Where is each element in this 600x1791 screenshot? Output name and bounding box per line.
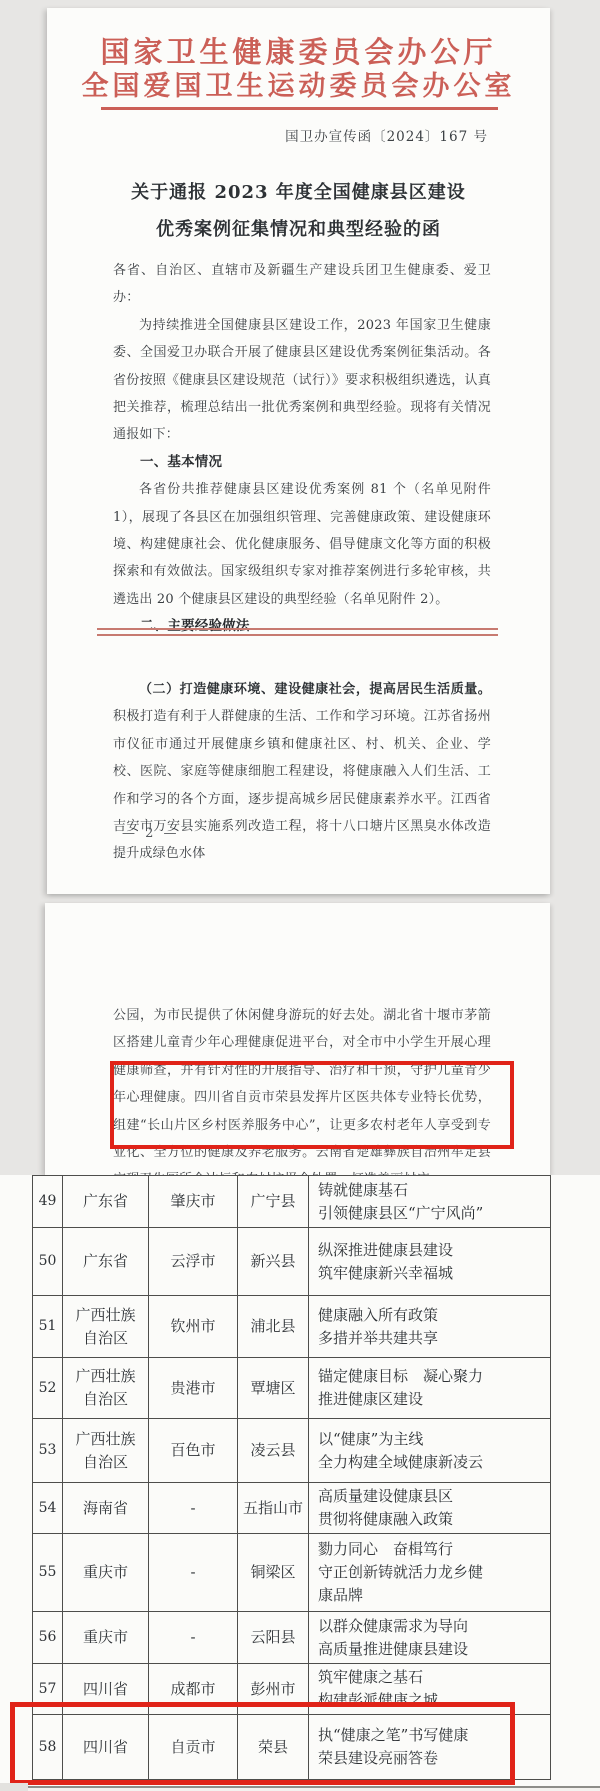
- cell-province: 广东省: [63, 1228, 149, 1296]
- cell-description: 勠力同心 奋楫笃行 守正创新铸就活力龙乡健 康品牌: [309, 1534, 551, 1612]
- cell-county: 五指山市: [238, 1483, 309, 1534]
- cell-county: 新兴县: [238, 1228, 309, 1296]
- page-number: — 2 —: [122, 826, 180, 841]
- table-row: 51 广西壮族 自治区 钦州市 浦北县 健康融入所有政策 多措并举共建共享: [33, 1296, 551, 1358]
- cell-number: 53: [33, 1419, 63, 1483]
- table-row: 55 重庆市 - 铜梁区 勠力同心 奋楫笃行 守正创新铸就活力龙乡健 康品牌: [33, 1534, 551, 1612]
- cell-number: 52: [33, 1358, 63, 1419]
- document-screenshot: 国家卫生健康委员会办公厅 全国爱国卫生运动委员会办公室 国卫办宣传函〔2024〕…: [0, 0, 600, 1791]
- cell-county: 浦北县: [238, 1296, 309, 1358]
- cell-number: 49: [33, 1176, 63, 1228]
- page-corner-shadow: [0, 1783, 28, 1791]
- table-row: 50 广东省 云浮市 新兴县 纵深推进健康县建设 筑牢健康新兴幸福城: [33, 1228, 551, 1296]
- cell-number: 56: [33, 1612, 63, 1664]
- cell-description: 纵深推进健康县建设 筑牢健康新兴幸福城: [309, 1228, 551, 1296]
- letterhead-line2: 全国爱国卫生运动委员会办公室: [47, 70, 550, 104]
- cell-city: 贵港市: [149, 1358, 238, 1419]
- document-title-line1: 关于通报 2023 年度全国健康县区建设: [47, 174, 550, 211]
- paragraph-environment-lead: （二）打造健康环境、建设健康社会，提高居民生活质量。: [139, 682, 491, 697]
- cell-county: 凌云县: [238, 1419, 309, 1483]
- letterhead-rule: [101, 107, 498, 110]
- appendix-table-page: 49 广东省 肇庆市 广宁县 铸就健康基石 引领健康县区“广宁风尚” 50 广东…: [0, 1175, 600, 1791]
- table-row: 49 广东省 肇庆市 广宁县 铸就健康基石 引领健康县区“广宁风尚”: [33, 1176, 551, 1228]
- cell-province: 广西壮族 自治区: [63, 1419, 149, 1483]
- cell-number: 54: [33, 1483, 63, 1534]
- letterhead: 国家卫生健康委员会办公厅 全国爱国卫生运动委员会办公室: [47, 34, 550, 104]
- cell-province: 重庆市: [63, 1534, 149, 1612]
- cell-province: 广西壮族 自治区: [63, 1296, 149, 1358]
- table-row: 53 广西壮族 自治区 百色市 凌云县 以“健康”为主线 全力构建全域健康新凌云: [33, 1419, 551, 1483]
- table-row: 52 广西壮族 自治区 贵港市 覃塘区 锚定健康目标 凝心聚力 推进健康区建设: [33, 1358, 551, 1419]
- cell-city: 钦州市: [149, 1296, 238, 1358]
- body-text-block: 各省、自治区、直辖市及新疆生产建设兵团卫生健康委、爱卫办： 为持续推进全国健康县…: [113, 257, 491, 641]
- omitted-content-separator: [97, 628, 498, 636]
- cell-description: 以“健康”为主线 全力构建全域健康新凌云: [309, 1419, 551, 1483]
- cell-number: 55: [33, 1534, 63, 1612]
- cell-city: -: [149, 1612, 238, 1664]
- next-page-edge: [28, 1786, 600, 1791]
- cell-city: 云浮市: [149, 1228, 238, 1296]
- section-heading-2: 二、主要经验做法: [113, 613, 491, 640]
- document-page-2: 国家卫生健康委员会办公厅 全国爱国卫生运动委员会办公室 国卫办宣传函〔2024〕…: [47, 8, 550, 894]
- letterhead-line1: 国家卫生健康委员会办公厅: [47, 34, 550, 70]
- cell-county: 广宁县: [238, 1176, 309, 1228]
- cell-county: 铜梁区: [238, 1534, 309, 1612]
- highlight-box-row-58: [10, 1702, 515, 1785]
- cell-county: 云阳县: [238, 1612, 309, 1664]
- healthy-county-cases-table: 49 广东省 肇庆市 广宁县 铸就健康基石 引领健康县区“广宁风尚” 50 广东…: [32, 1175, 551, 1780]
- document-title-line2: 优秀案例征集情况和典型经验的函: [47, 211, 550, 248]
- highlight-box-rongxian-text: [110, 1061, 514, 1149]
- cell-city: 百色市: [149, 1419, 238, 1483]
- paragraph-intro: 为持续推进全国健康县区建设工作，2023 年国家卫生健康委、全国爱卫办联合开展了…: [113, 312, 491, 449]
- document-number: 国卫办宣传函〔2024〕167 号: [285, 125, 488, 145]
- cell-city: 肇庆市: [149, 1176, 238, 1228]
- cell-city: -: [149, 1534, 238, 1612]
- cell-number: 50: [33, 1228, 63, 1296]
- document-page-3: 公园，为市民提供了休闲健身游玩的好去处。湖北省十堰市茅箭区搭建儿童青少年心理健康…: [45, 903, 550, 1175]
- cell-description: 锚定健康目标 凝心聚力 推进健康区建设: [309, 1358, 551, 1419]
- cell-number: 51: [33, 1296, 63, 1358]
- cell-province: 广东省: [63, 1176, 149, 1228]
- cell-description: 高质量建设健康县区 贯彻将健康融入政策: [309, 1483, 551, 1534]
- table-row: 56 重庆市 - 云阳县 以群众健康需求为导向 高质量推进健康县建设: [33, 1612, 551, 1664]
- table-row: 54 海南省 - 五指山市 高质量建设健康县区 贯彻将健康融入政策: [33, 1483, 551, 1534]
- cell-description: 健康融入所有政策 多措并举共建共享: [309, 1296, 551, 1358]
- cell-province: 重庆市: [63, 1612, 149, 1664]
- cell-county: 覃塘区: [238, 1358, 309, 1419]
- cell-city: -: [149, 1483, 238, 1534]
- cell-province: 海南省: [63, 1483, 149, 1534]
- salutation: 各省、自治区、直辖市及新疆生产建设兵团卫生健康委、爱卫办：: [113, 257, 491, 312]
- cell-description: 铸就健康基石 引领健康县区“广宁风尚”: [309, 1176, 551, 1228]
- document-title: 关于通报 2023 年度全国健康县区建设 优秀案例征集情况和典型经验的函: [47, 174, 550, 248]
- paragraph-basic-situation: 各省份共推荐健康县区建设优秀案例 81 个（名单见附件 1），展现了各县区在加强…: [113, 476, 491, 613]
- cell-province: 广西壮族 自治区: [63, 1358, 149, 1419]
- cell-description: 以群众健康需求为导向 高质量推进健康县建设: [309, 1612, 551, 1664]
- section-heading-1: 一、基本情况: [113, 449, 491, 476]
